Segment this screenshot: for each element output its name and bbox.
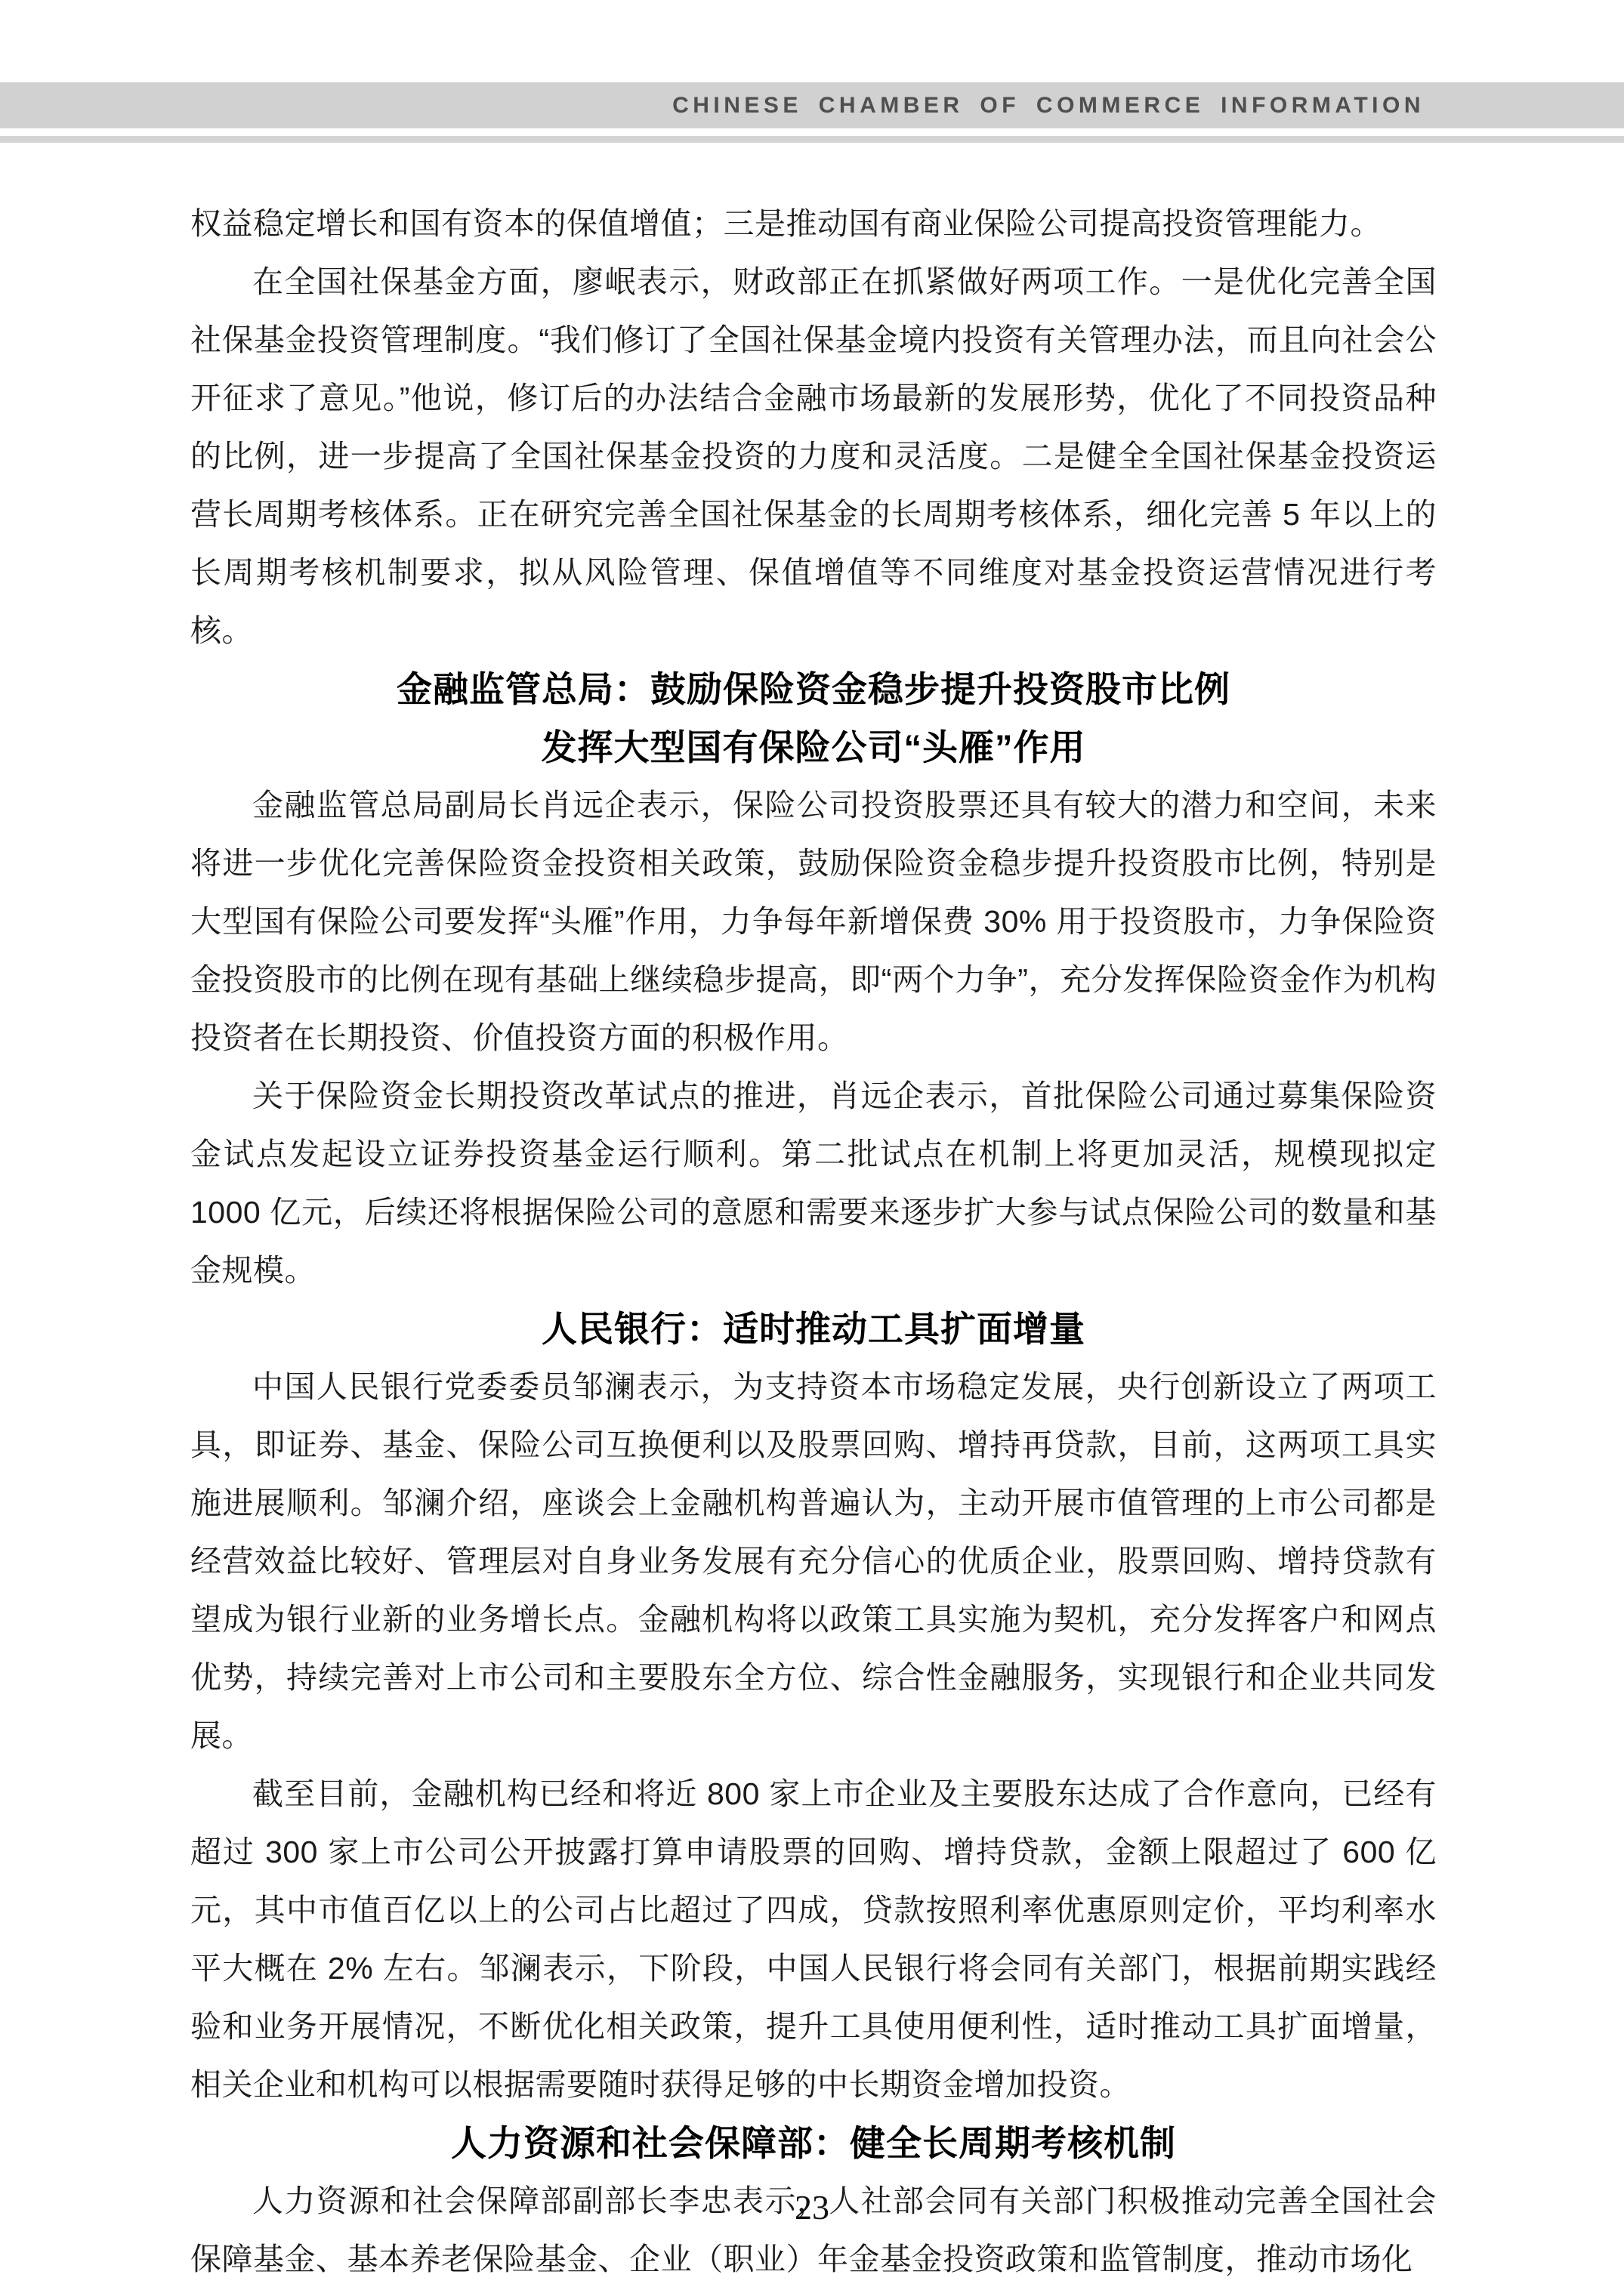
paragraph: 截至目前，金融机构已经和将近 800 家上市企业及主要股东达成了合作意向，已经有… xyxy=(190,1765,1437,2114)
paragraph-continuation: 权益稳定增长和国有资本的保值增值；三是推动国有商业保险公司提高投资管理能力。 xyxy=(190,195,1437,253)
header-divider-band xyxy=(0,136,1624,143)
header-banner-title: CHINESE CHAMBER OF COMMERCE INFORMATION xyxy=(672,82,1425,128)
section-heading-regulator-line2: 发挥大型国有保险公司“头雁”作用 xyxy=(190,718,1437,776)
header-banner: CHINESE CHAMBER OF COMMERCE INFORMATION xyxy=(0,82,1624,128)
paragraph: 在全国社保基金方面，廖岷表示，财政部正在抓紧做好两项工作。一是优化完善全国社保基… xyxy=(190,253,1437,660)
section-heading-mohrss: 人力资源和社会保障部：健全长周期考核机制 xyxy=(190,2114,1437,2172)
page-number: 23 xyxy=(0,2187,1624,2227)
paragraph: 金融监管总局副局长肖远企表示，保险公司投资股票还具有较大的潜力和空间，未来将进一… xyxy=(190,776,1437,1067)
paragraph: 中国人民银行党委委员邹澜表示，为支持资本市场稳定发展，央行创新设立了两项工具，即… xyxy=(190,1358,1437,1765)
document-page: { "header": { "banner_text": "CHINESE CH… xyxy=(0,0,1624,2293)
section-heading-regulator-line1: 金融监管总局：鼓励保险资金稳步提升投资股市比例 xyxy=(190,660,1437,718)
section-heading-pboc: 人民银行：适时推动工具扩面增量 xyxy=(190,1300,1437,1358)
paragraph: 关于保险资金长期投资改革试点的推进，肖远企表示，首批保险公司通过募集保险资金试点… xyxy=(190,1067,1437,1300)
article-body: 权益稳定增长和国有资本的保值增值；三是推动国有商业保险公司提高投资管理能力。 在… xyxy=(190,195,1437,2288)
